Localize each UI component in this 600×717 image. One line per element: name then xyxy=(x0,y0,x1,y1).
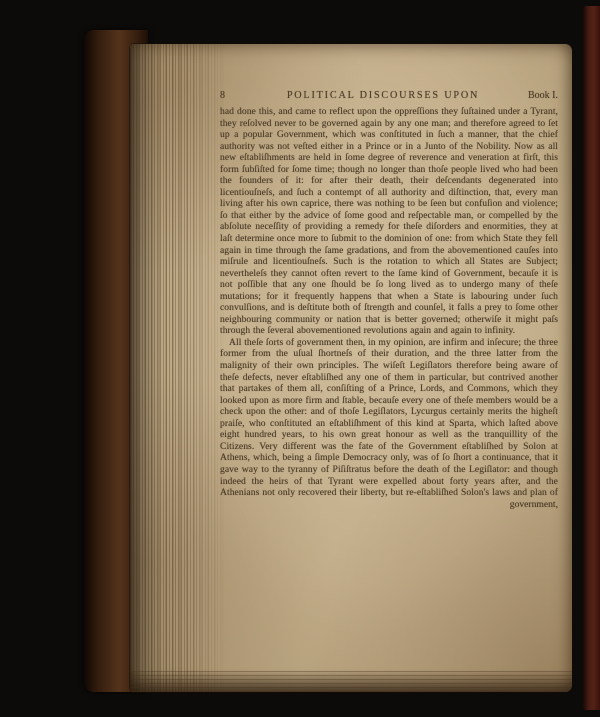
book-photograph: 8 POLITICAL DISCOURSES UPON Book I. had … xyxy=(0,0,600,717)
printed-text-block: 8 POLITICAL DISCOURSES UPON Book I. had … xyxy=(220,90,558,510)
page-header: 8 POLITICAL DISCOURSES UPON Book I. xyxy=(220,90,558,101)
page-stack-edges xyxy=(130,44,226,692)
body-paragraph-continued: had done this, and came to reflect upon … xyxy=(220,106,558,337)
adjacent-book-cover xyxy=(583,6,600,710)
page-bottom-edges xyxy=(130,670,572,692)
book-page: 8 POLITICAL DISCOURSES UPON Book I. had … xyxy=(130,44,572,692)
book-label: Book I. xyxy=(512,90,558,101)
page-number: 8 xyxy=(220,90,254,101)
running-title: POLITICAL DISCOURSES UPON xyxy=(254,90,512,101)
catchword: government, xyxy=(220,499,558,511)
body-paragraph: All theſe ſorts of government then, in m… xyxy=(220,337,558,499)
